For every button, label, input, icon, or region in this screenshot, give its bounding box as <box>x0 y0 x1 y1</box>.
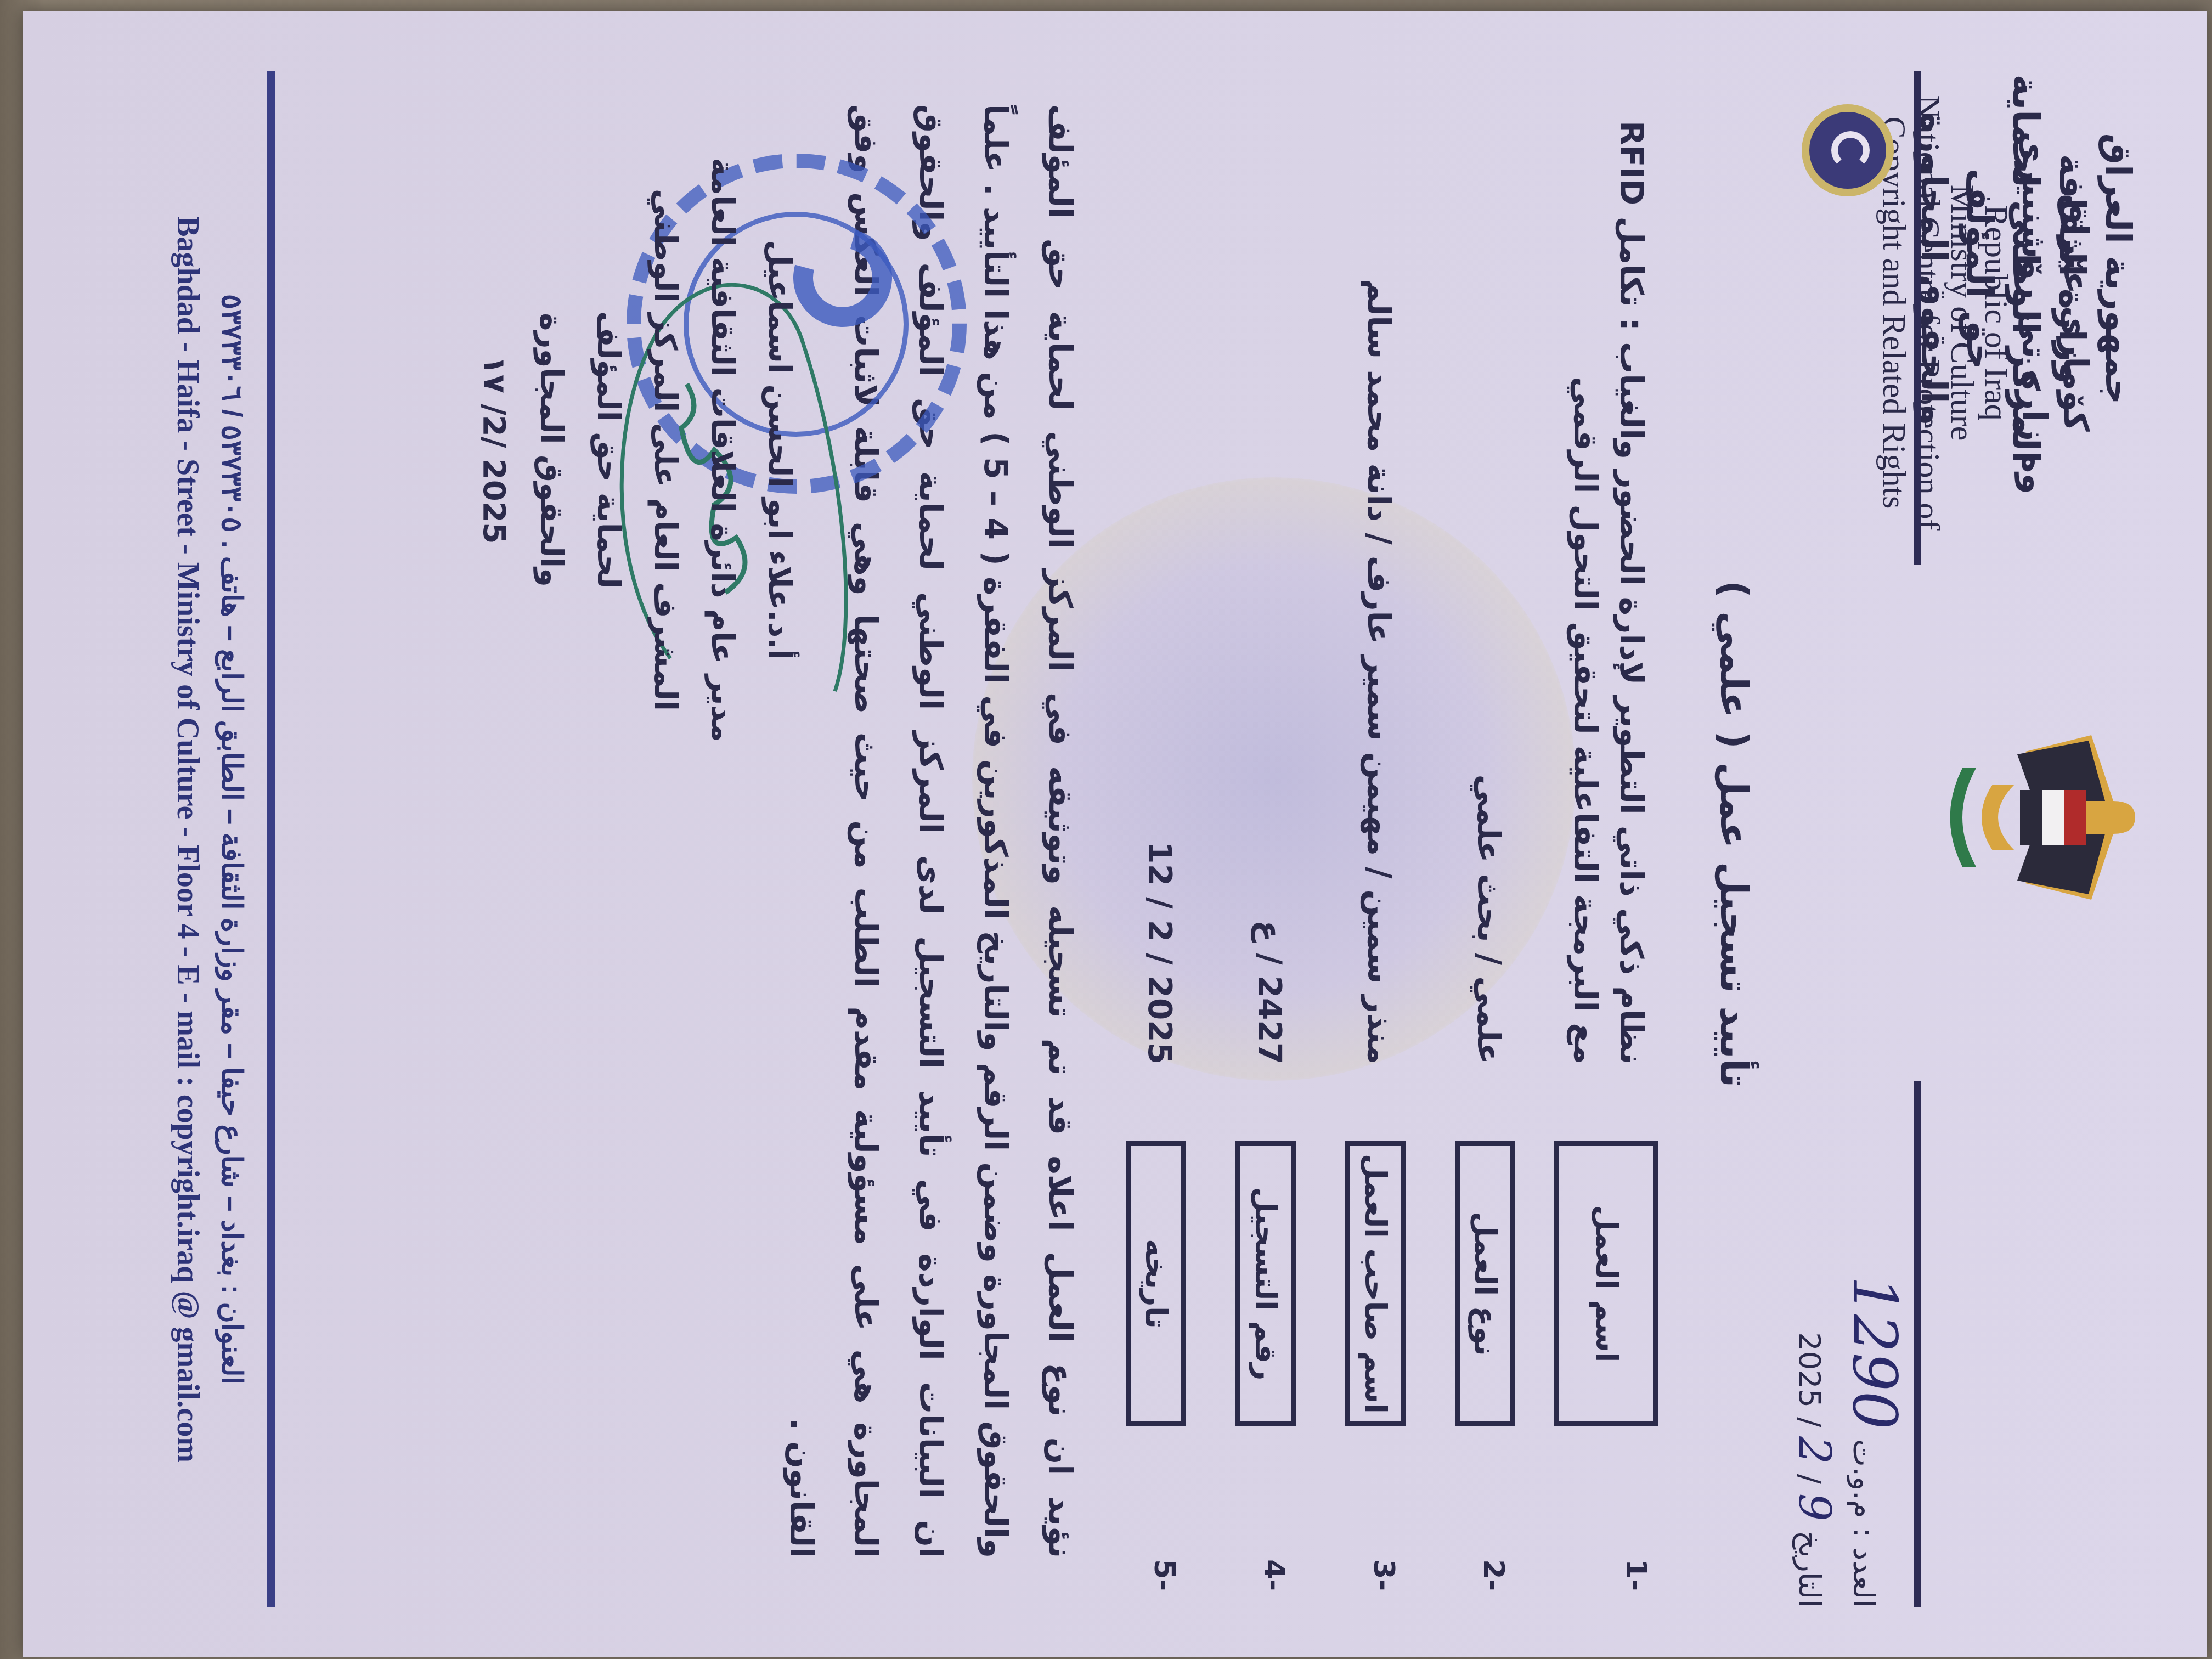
footer-arabic: العنوان : بغداد – شارع حيفا – مقر وزارة … <box>210 71 253 1607</box>
kurdish-header-line: وه زاره تی رۆشنبیری <box>2013 66 2055 560</box>
arabic-header-line: جمهورية العراق <box>2095 44 2141 494</box>
row-value: نظام ذكي ذاتي التطوير لإدارة الحضور والغ… <box>1562 77 1655 1064</box>
row-value: علمي / بحث علمي <box>1466 77 1512 1064</box>
header-divider <box>1914 71 1921 565</box>
footer-divider <box>267 71 275 1607</box>
row-number: -5 <box>1148 1559 1181 1591</box>
signatory-block: أ.د.علاء ابو الحسن اسماعيل مدير عام دائر… <box>465 148 808 752</box>
signatory-name: أ.د.علاء ابو الحسن اسماعيل <box>751 148 808 752</box>
document-title: تأييد تسجيل عمل ( علمي ) <box>1712 11 1757 1657</box>
row-value: 2025 / 2 / 12 <box>1137 77 1183 1064</box>
row-label: رقم التسجيل <box>1235 1141 1296 1426</box>
footer-english: Baghdad - Haifa - Street - Ministry of C… <box>166 71 210 1607</box>
signatory-title: مدير عام دائرة العلاقات الثقافية العامة <box>693 148 751 752</box>
handwritten-number: 1290 <box>1839 1276 1910 1430</box>
footer-address: العنوان : بغداد – شارع حيفا – مقر وزارة … <box>166 71 253 1607</box>
signature-date: 2025 /2/ ١٧ <box>465 148 522 752</box>
english-header-line: Republic of Iraq <box>1979 66 2013 560</box>
reference-number: العدد : م.و.ت 1290 <box>1839 1114 1899 1607</box>
row-number: -2 <box>1477 1559 1510 1591</box>
row-label: اسم صاحب العمل <box>1345 1141 1406 1426</box>
row-number: -4 <box>1257 1559 1290 1591</box>
iraq-eagle-emblem-icon <box>1943 724 2146 911</box>
kurdish-header-line: كۆماری عێراق <box>2055 66 2097 560</box>
english-letterhead: كۆماری عێراق وه زاره تی رۆشنبیری Republi… <box>1877 66 2097 560</box>
row-label: اسم العمل <box>1554 1141 1658 1426</box>
signatory-title: والحقوق المجاورة <box>522 148 579 752</box>
row-number: -1 <box>1620 1559 1652 1591</box>
row-label: تاريخه <box>1126 1141 1186 1426</box>
row-number: -3 <box>1367 1559 1400 1591</box>
document-page: جمهورية العراق وزارة الثقافة المركز الوط… <box>23 11 2207 1657</box>
reference-block: العدد : م.و.ت 1290 التاريخ 9 / 2 / 2025 <box>1785 1114 1899 1607</box>
row-value: منذر سمين / مهيمن سمير عارف / دانة محمد … <box>1356 77 1402 1064</box>
row-value: 2427 / ع <box>1246 77 1293 1064</box>
reference-date: التاريخ 9 / 2 / 2025 <box>1785 1114 1839 1607</box>
row-label: نوع العمل <box>1455 1141 1515 1426</box>
centre-logo-icon <box>1802 104 1894 196</box>
english-header-line: Ministry of Culture <box>1945 66 1979 560</box>
signatory-title: المشرف العام على المركز الوطني لحماية حق… <box>579 148 693 752</box>
header-divider <box>1914 1081 1921 1607</box>
